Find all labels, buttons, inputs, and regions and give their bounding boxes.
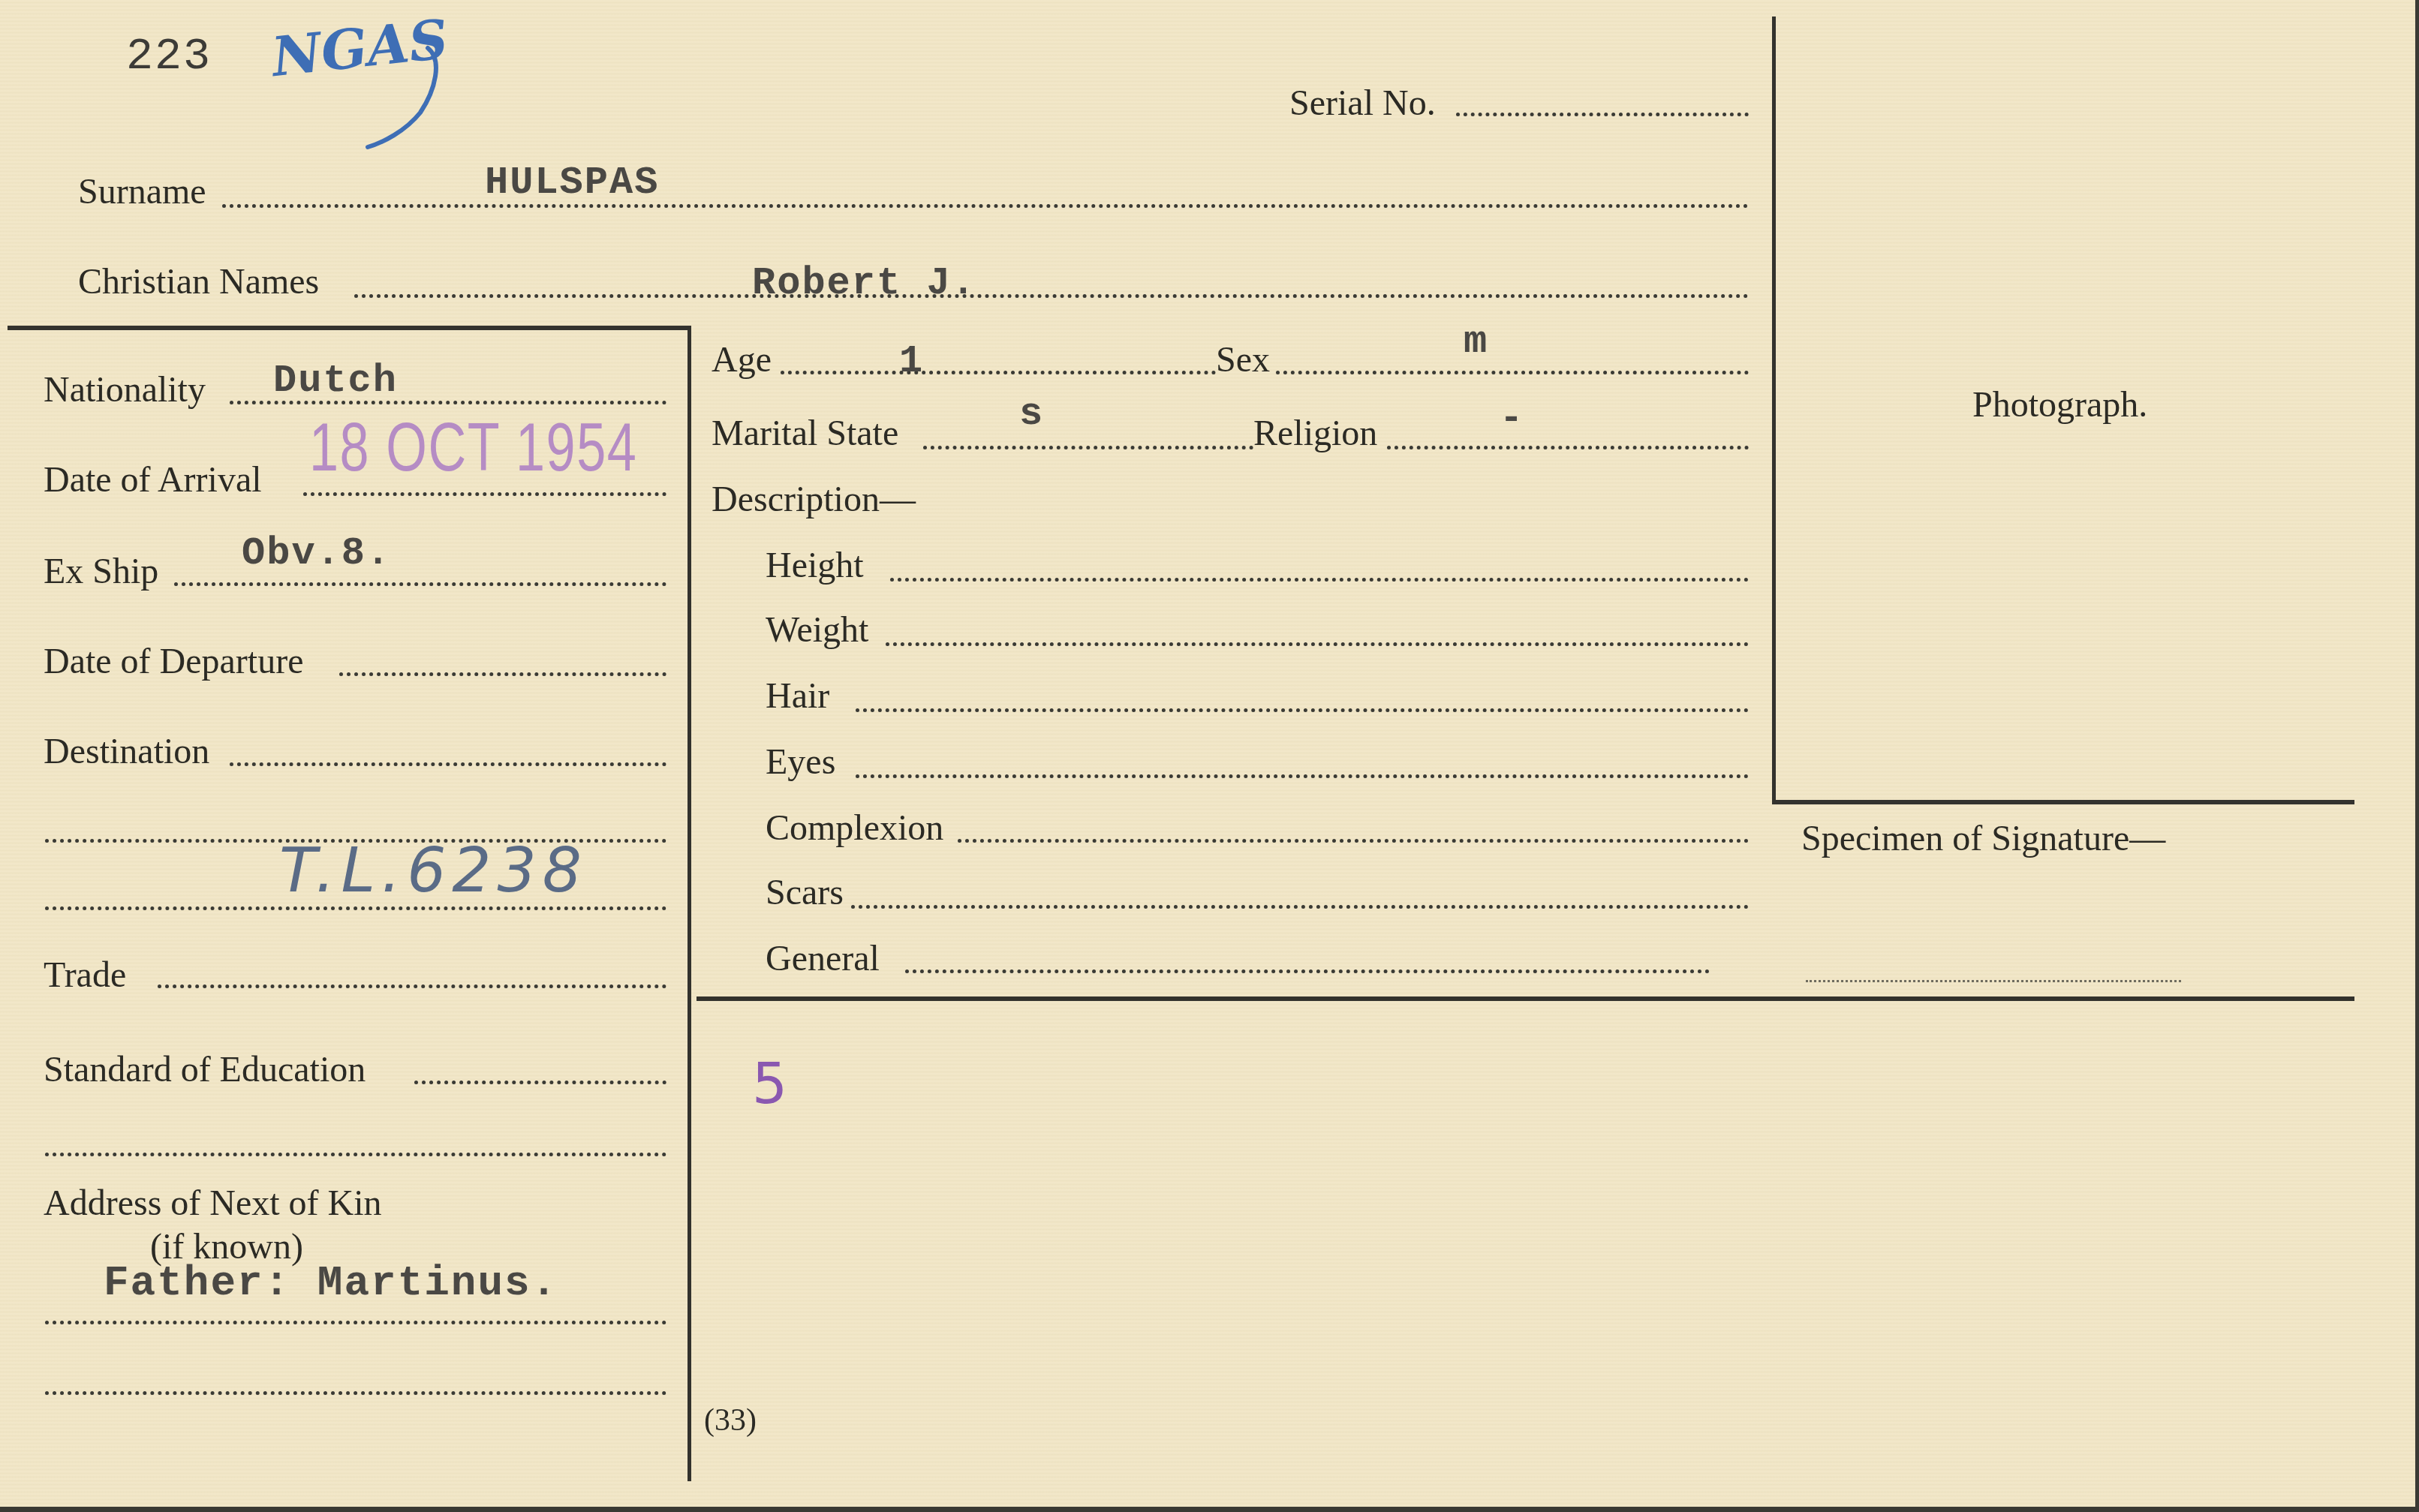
religion-dotted-line bbox=[1387, 446, 1749, 449]
christian-names-label: Christian Names bbox=[78, 264, 319, 300]
destination-label: Destination bbox=[44, 734, 209, 770]
ex-ship-label: Ex Ship bbox=[44, 554, 158, 590]
ex-ship-dotted-line bbox=[174, 582, 666, 586]
nationality-label: Nationality bbox=[44, 372, 206, 408]
left-column-divider bbox=[687, 326, 691, 1481]
left-box-top-rule bbox=[8, 326, 690, 330]
sex-label: Sex bbox=[1216, 342, 1270, 378]
next-of-kin-label: Address of Next of Kin bbox=[44, 1186, 382, 1222]
hair-dotted-line bbox=[856, 708, 1749, 712]
complexion-label: Complexion bbox=[766, 810, 943, 846]
christian-names-value: Robert J. bbox=[752, 264, 976, 303]
marital-state-label: Marital State bbox=[712, 416, 898, 452]
next-of-kin-dotted-line bbox=[45, 1321, 666, 1324]
sex-dotted-line bbox=[1276, 371, 1749, 374]
ex-ship-value: Obv.8. bbox=[242, 534, 391, 573]
date-of-arrival-stamp: 18 OCT 1954 bbox=[309, 414, 637, 482]
signature-label: Specimen of Signature— bbox=[1801, 821, 2165, 857]
date-of-arrival-dotted-line bbox=[303, 492, 666, 496]
religion-value: - bbox=[1500, 399, 1524, 438]
complexion-dotted-line bbox=[958, 839, 1749, 843]
serial-no-label: Serial No. bbox=[1289, 86, 1436, 122]
date-of-arrival-label: Date of Arrival bbox=[44, 462, 262, 498]
marital-state-dotted-line bbox=[923, 446, 1253, 449]
surname-value: HULSPAS bbox=[485, 164, 659, 203]
marital-state-value: s bbox=[1019, 395, 1044, 434]
surname-label: Surname bbox=[78, 174, 206, 210]
surname-dotted-line bbox=[222, 204, 1749, 208]
age-label: Age bbox=[712, 342, 772, 378]
pen-stroke-icon bbox=[360, 45, 450, 150]
height-dotted-line bbox=[890, 578, 1749, 582]
description-bottom-rule bbox=[697, 996, 2354, 1001]
trade-dotted-line bbox=[158, 984, 666, 988]
standard-of-education-dotted-line-2 bbox=[45, 1153, 666, 1156]
general-label: General bbox=[766, 941, 880, 977]
destination-dotted-line-3 bbox=[45, 906, 666, 910]
description-heading: Description— bbox=[712, 482, 916, 518]
eyes-label: Eyes bbox=[766, 744, 835, 780]
scars-label: Scars bbox=[766, 875, 844, 911]
weight-label: Weight bbox=[766, 612, 868, 648]
standard-of-education-dotted-line bbox=[414, 1081, 666, 1084]
card-number: 223 bbox=[126, 35, 212, 80]
standard-of-education-label: Standard of Education bbox=[44, 1052, 366, 1088]
index-card: 223 NGAS Serial No. Surname HULSPAS Chri… bbox=[0, 0, 2419, 1512]
nationality-value: Dutch bbox=[273, 362, 398, 401]
christian-names-dotted-line bbox=[354, 294, 1749, 298]
destination-dotted-line bbox=[230, 762, 666, 766]
photo-box-bottom-rule bbox=[1772, 800, 2354, 804]
sex-value: m bbox=[1464, 323, 1488, 362]
religion-label: Religion bbox=[1253, 416, 1377, 452]
height-label: Height bbox=[766, 548, 864, 584]
photograph-label: Photograph. bbox=[1972, 387, 2147, 423]
age-dotted-line bbox=[781, 371, 1216, 374]
date-of-departure-dotted-line bbox=[339, 672, 666, 676]
hair-label: Hair bbox=[766, 678, 829, 714]
photograph-box: Photograph. bbox=[1776, 17, 2352, 800]
eyes-dotted-line bbox=[856, 774, 1749, 778]
destination-handwritten-ref: T.L.6238 bbox=[279, 840, 588, 902]
scars-dotted-line bbox=[851, 905, 1749, 909]
general-dotted-line bbox=[905, 969, 1710, 973]
weight-dotted-line bbox=[886, 642, 1749, 646]
date-of-departure-label: Date of Departure bbox=[44, 644, 303, 680]
trade-label: Trade bbox=[44, 957, 126, 993]
signature-dotted-line bbox=[1806, 980, 2181, 982]
next-of-kin-value: Father: Martinus. bbox=[104, 1262, 558, 1304]
next-of-kin-dotted-line-2 bbox=[45, 1391, 666, 1395]
age-value: 1 bbox=[899, 342, 924, 381]
page-mark: 5 bbox=[752, 1057, 787, 1112]
form-code: (33) bbox=[704, 1405, 757, 1436]
serial-no-dotted-line bbox=[1456, 113, 1749, 116]
